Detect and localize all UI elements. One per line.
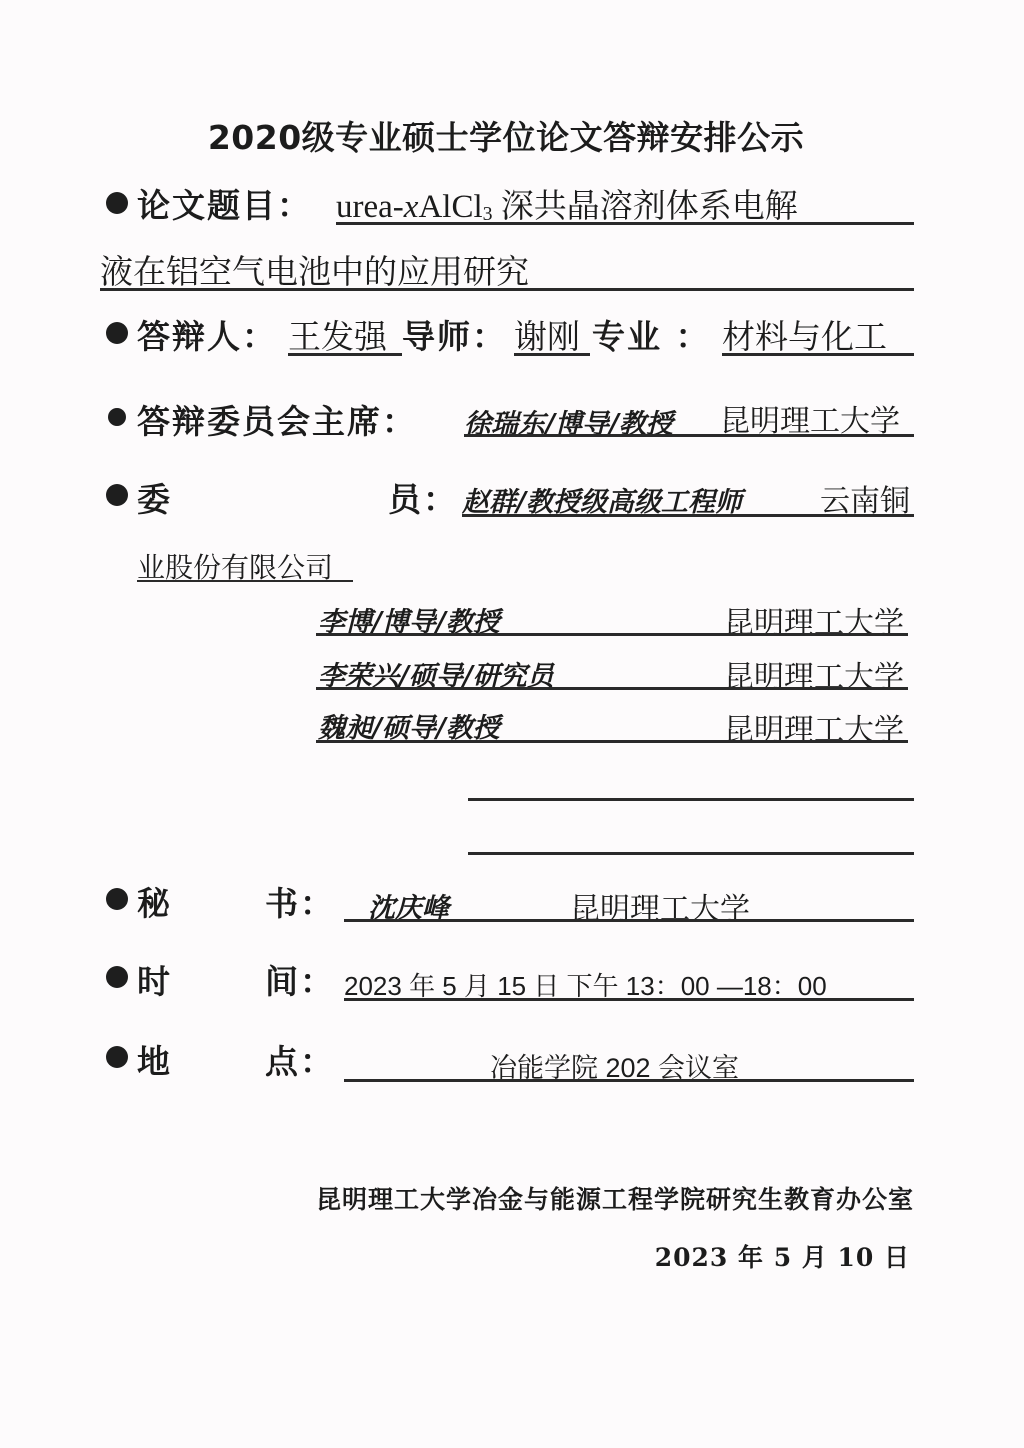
thesis-label: 论文题目： xyxy=(137,180,312,227)
underline xyxy=(464,434,914,437)
thesis-title-line2: 液在铝空气电池中的应用研究 xyxy=(100,246,529,293)
major-label: 专业 ： xyxy=(592,311,711,358)
thesis-title-formula: AlCl xyxy=(418,189,482,225)
major-value: 材料与化工 xyxy=(722,311,887,358)
underline xyxy=(344,1079,914,1082)
location-label-2: 点： xyxy=(265,1036,335,1083)
underline xyxy=(336,222,914,225)
issuer: 昆明理工大学冶金与能源工程学院研究生教育办公室 xyxy=(316,1180,914,1216)
thesis-title-line1: urea-xAlCl3 深共晶溶剂体系电解 xyxy=(336,180,798,227)
underline xyxy=(316,740,908,743)
chair-label: 答辩委员会主席： xyxy=(137,396,417,443)
underline xyxy=(722,353,914,356)
bullet-icon xyxy=(106,966,128,988)
members-label-1: 委 xyxy=(137,474,172,521)
underline xyxy=(316,633,908,636)
secretary-label-2: 书： xyxy=(265,878,335,925)
thesis-title-rest: 深共晶溶剂体系电解 xyxy=(493,189,798,225)
thesis-title-prefix: urea- xyxy=(336,189,404,225)
underline xyxy=(288,353,402,356)
underline xyxy=(100,288,914,291)
underline xyxy=(514,353,590,356)
secretary-label-1: 秘 xyxy=(137,878,172,925)
time-label-2: 间： xyxy=(265,956,335,1003)
blank-underline xyxy=(468,798,914,801)
underline xyxy=(316,687,908,690)
location-label-1: 地 xyxy=(137,1036,172,1083)
issue-date: 2023 年 5 月 10 日 xyxy=(655,1238,910,1274)
members-label-2: 员： xyxy=(388,474,458,521)
bullet-icon xyxy=(108,408,126,426)
underline xyxy=(462,514,914,517)
bullet-icon xyxy=(106,322,128,344)
thesis-title-x: x xyxy=(404,189,419,225)
page-title: 2020级专业硕士学位论文答辩安排公示 xyxy=(0,112,1012,159)
time-label-1: 时 xyxy=(137,956,172,1003)
document-page: 2020级专业硕士学位论文答辩安排公示 论文题目： urea-xAlCl3 深共… xyxy=(0,0,1024,1448)
bullet-icon xyxy=(106,1046,128,1068)
advisor-name: 谢刚 xyxy=(514,311,580,358)
bullet-icon xyxy=(106,484,128,506)
defender-label: 答辩人： xyxy=(137,311,277,358)
underline xyxy=(137,580,353,582)
blank-underline xyxy=(468,852,914,855)
underline xyxy=(344,919,914,922)
defender-name: 王发强 xyxy=(288,311,387,358)
advisor-label: 导师： xyxy=(402,311,507,358)
bullet-icon xyxy=(106,888,128,910)
underline xyxy=(344,998,914,1001)
bullet-icon xyxy=(106,192,128,214)
